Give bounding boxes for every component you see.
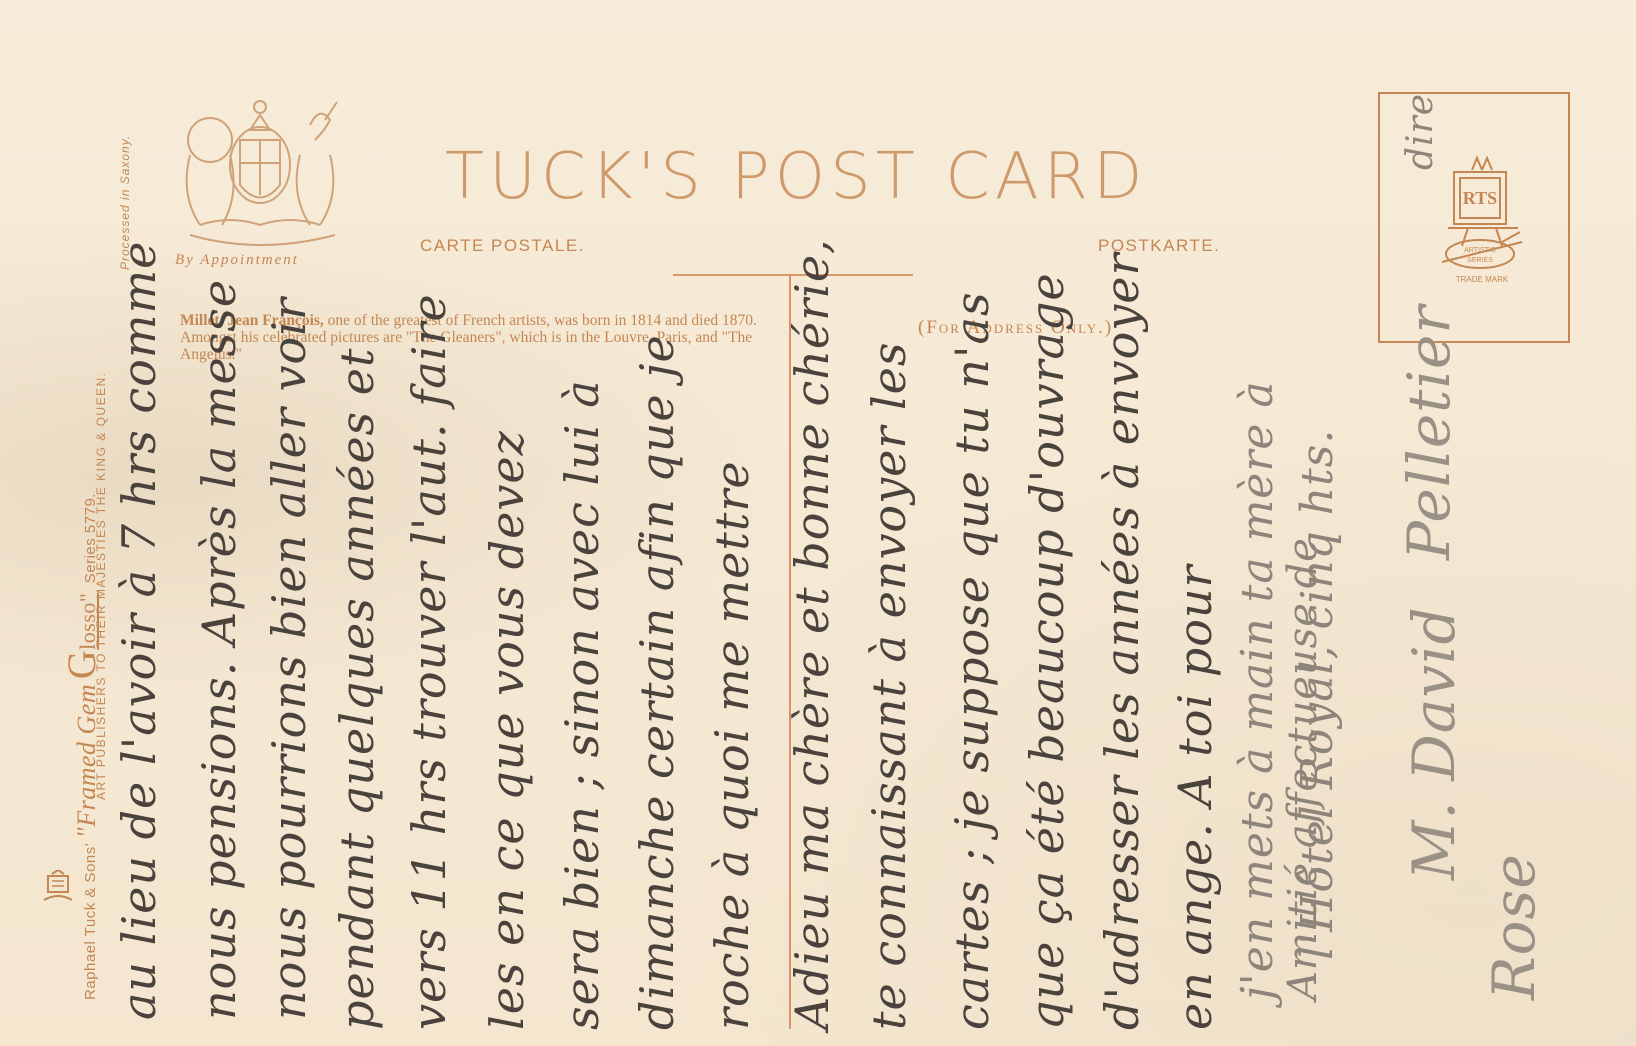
card-title: TUCK'S POST CARD: [445, 140, 1147, 214]
handwritten-line: au lieu de l'avoir à 7 hrs comme: [112, 241, 166, 1020]
signature-line: M. David: [1400, 606, 1468, 880]
svg-text:TRADE MARK: TRADE MARK: [1456, 275, 1509, 284]
handwritten-line: roche à quoi me mettre: [705, 460, 759, 1030]
handwritten-line: te connaissant à envoyer les: [862, 342, 916, 1031]
signature-line: Pelletier: [1395, 305, 1463, 560]
handwritten-line: j'en mets à main ta mère à: [1232, 380, 1283, 1000]
handwritten-line: que ça été beaucoup d'ouvrage: [1020, 272, 1074, 1030]
handwritten-line: vers 11 hrs trouver l'aut. faire: [402, 293, 456, 1030]
signature-line: Rose: [1480, 853, 1548, 1000]
svg-text:RTS: RTS: [1463, 188, 1497, 208]
postcard-back: Raphael Tuck & Sons' "Framed Gem Glosso"…: [0, 0, 1636, 1046]
handwritten-line: nous pensions. Après la messe: [192, 279, 246, 1020]
handwritten-line: d'adresser les années à envoyer: [1095, 252, 1149, 1030]
artistic-series-trademark-icon: RTS ARTISTIC SERIES TRADE MARK: [1432, 150, 1532, 290]
handwritten-line: Adieu ma chère et bonne chérie,: [785, 238, 839, 1030]
by-appointment-label: By Appointment: [175, 252, 299, 269]
svg-text:ARTISTIC: ARTISTIC: [1464, 247, 1496, 254]
svg-text:SERIES: SERIES: [1467, 257, 1493, 264]
handwritten-line: cartes ; je suppose que tu n'as: [945, 291, 999, 1030]
handwritten-line: les en ce que vous devez: [480, 430, 534, 1030]
handwritten-line: sera bien ; sinon avec lui à: [555, 379, 609, 1030]
handwritten-line: dimanche certain afin que je: [630, 334, 684, 1030]
handwritten-line: pendant quelques années et: [330, 348, 384, 1031]
royal-coat-of-arms-icon: [160, 95, 360, 255]
handwritten-annotation: dire: [1400, 93, 1441, 170]
handwritten-line: Amitié affectueuse de: [1280, 537, 1326, 1000]
handwritten-line: en ange. A toi pour: [1168, 564, 1222, 1030]
publisher-name: Raphael Tuck & Sons': [82, 843, 99, 1000]
bent-corner: [1614, 1024, 1636, 1046]
publisher-easel-logo-icon: [42, 870, 74, 904]
carte-postale-label: CARTE POSTALE.: [420, 236, 585, 256]
publishers-line: ART PUBLISHERS TO THEIR MAJESTIES THE KI…: [94, 371, 108, 800]
handwritten-line: nous pourrions bien aller voir: [262, 297, 316, 1020]
